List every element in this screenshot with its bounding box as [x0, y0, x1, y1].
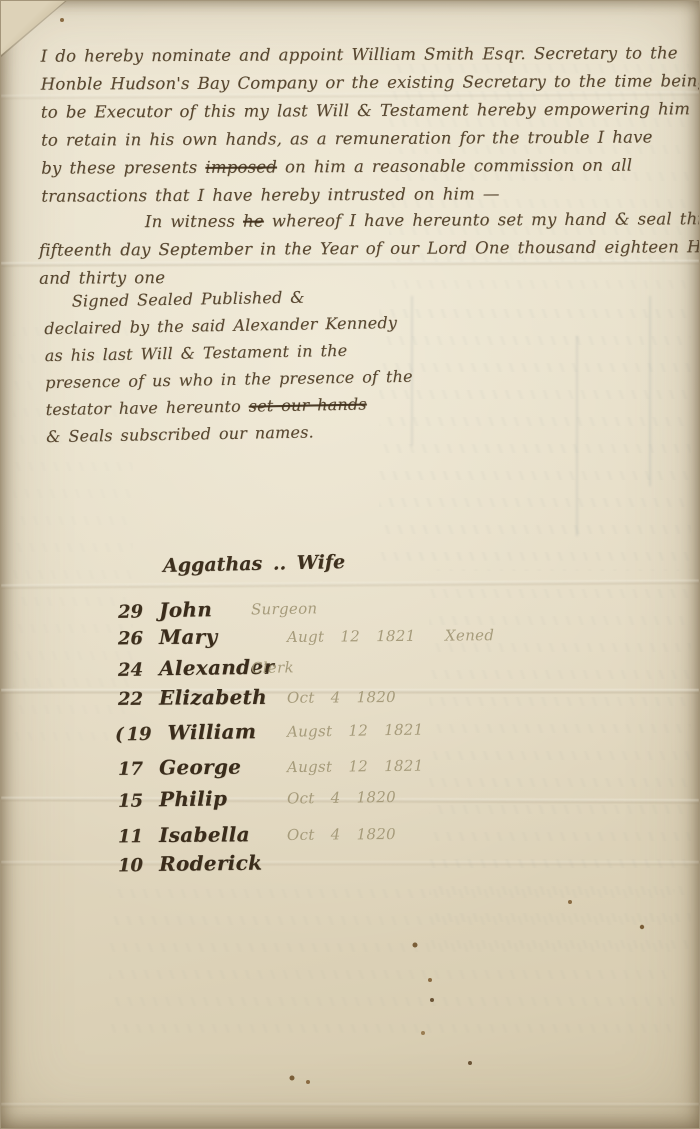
name-value: George [159, 755, 241, 780]
list-row: 24Alexander Clerk [115, 649, 675, 683]
name-value: Elizabeth [159, 685, 267, 710]
age-value: 15 [115, 791, 143, 812]
list-row: 11Isabella Oct 4 1820 [115, 819, 675, 850]
pencil-note: Oct 4 1820 [287, 825, 396, 844]
pencil-note: Oct 4 1820 [287, 788, 396, 808]
pencil-note: Augt 12 1821 [287, 627, 416, 646]
list-row: 15Philip Oct 4 1820 [115, 780, 675, 814]
name-value: Roderick [159, 851, 263, 876]
list-row: 22Elizabeth Oct 4 1820 [115, 682, 675, 712]
attestation-clause: Signed Sealed Published & declaired by t… [44, 286, 407, 454]
ink-bleedthrough-stroke [649, 296, 651, 486]
list-row: 26Mary Augt 12 1821Xened [115, 621, 675, 652]
age-value: 11 [115, 826, 143, 847]
fold-crease [1, 1103, 699, 1108]
witness-clause: In witness he whereof I have hereunto se… [39, 209, 687, 296]
pencil-note: Surgeon [251, 599, 318, 618]
age-value: 10 [115, 855, 143, 876]
age-value: 19 [123, 724, 151, 745]
ink-bleedthrough [109, 883, 675, 1033]
family-list: Aggathas .. Wife 29John Surgeon 26Mary A… [115, 553, 675, 883]
age-value: 26 [115, 628, 143, 649]
manuscript-line: Honble Hudson's Bay Company or the exist… [41, 71, 681, 102]
manuscript-line: In witness he whereof I have hereunto se… [39, 209, 687, 240]
manuscript-line: I do hereby nominate and appoint William… [41, 43, 681, 74]
manuscript-line: & Seals subscribed our names. [46, 421, 406, 454]
pen-mark: ( [115, 724, 124, 745]
age-value: 22 [115, 689, 143, 710]
age-value: 24 [115, 660, 143, 681]
pencil-note: Oct 4 1820 [287, 688, 396, 707]
pencil-note: Augst 12 1821 [287, 757, 424, 776]
name-value: William [167, 719, 256, 744]
manuscript-line: to retain in his own hands, as a remuner… [41, 127, 681, 158]
age-value: 29 [115, 601, 143, 622]
name-value: John [159, 597, 213, 622]
pencil-note: Augst 12 1821 [287, 721, 424, 741]
manuscript-line: to be Executor of this my last Will & Te… [41, 99, 681, 130]
pencil-note: Clerk [251, 658, 294, 677]
pencil-note-extra: Xened [445, 626, 494, 644]
manuscript-line: fifteenth day September in the Year of o… [39, 237, 687, 268]
list-row: 17George Augst 12 1821 [115, 750, 675, 782]
name-value: Mary [159, 625, 218, 650]
ink-bleedthrough [379, 299, 691, 561]
list-row: (19William Augst 12 1821 [115, 713, 675, 748]
manuscript-line: by these presents imposed on him a reaso… [41, 155, 681, 186]
name-value: Isabella [159, 822, 250, 847]
body-paragraph: I do hereby nominate and appoint William… [41, 43, 682, 214]
name-value: Philip [159, 786, 228, 811]
list-row: 29John Surgeon [115, 589, 675, 625]
ink-bleedthrough-stroke [576, 336, 578, 536]
manuscript-page: I do hereby nominate and appoint William… [0, 0, 700, 1129]
list-row: 10Roderick [115, 846, 675, 879]
age-value: 17 [115, 759, 143, 780]
list-header: Aggathas .. Wife [163, 551, 346, 577]
